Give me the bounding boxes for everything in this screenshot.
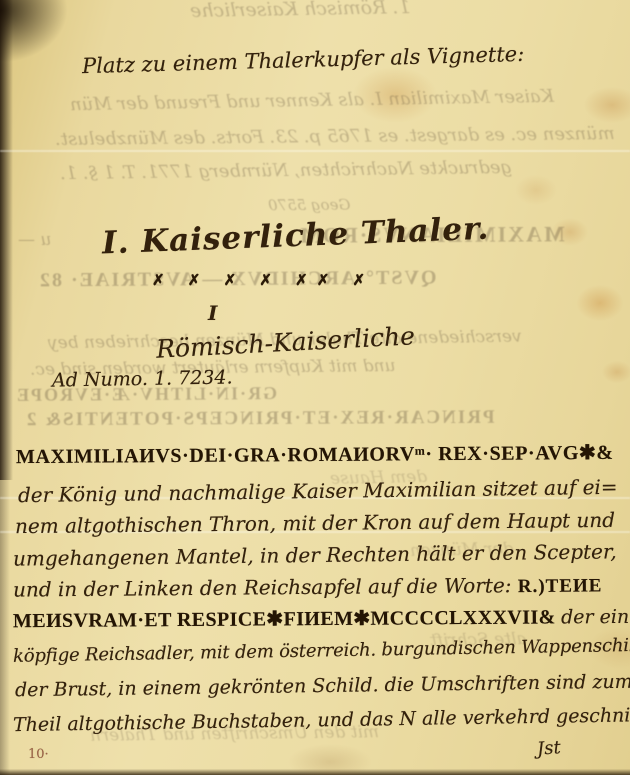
vignette-annotation: Platz zu einem Thalerkupfer als Vignette… (82, 42, 525, 78)
entry-numeral: I (208, 301, 217, 325)
description-line: der Brust, in einem gekrönten Schild. di… (15, 671, 630, 702)
catchword: Jst (536, 737, 561, 760)
bleedthrough-text: münzen ec. es dargest. es 1765 p. 23. Fo… (55, 123, 615, 150)
bleedthrough-text: Kaiser Maximilian I. als Kenner und Freu… (70, 86, 554, 115)
reverse-legend-suffix: der ein= (561, 606, 630, 629)
page-gutter-shadow (0, 0, 13, 480)
bleedthrough-legend: PRINCAR·REX·ET·PRINCEPS·POTENTIS& 2 (25, 407, 495, 431)
manuscript-page: 1. Römisch Kaiserliche Kaiser Maximilian… (0, 0, 630, 775)
margin-note: 10· (28, 747, 49, 762)
reverse-marker: R.)TEИE (518, 575, 603, 597)
description-line: nem altgothischen Thron, mit der Kron au… (15, 508, 615, 538)
bleedthrough-text: gedruckte Nachrichten, Nürnberg 1771. T.… (60, 157, 512, 184)
reverse-coin-legend: MEИSVRAM·ET RESPICE✱FIИEM✱MCCCCLXXXVII& … (13, 604, 630, 633)
obverse-coin-legend: MAXIMILIAИVS·DEI·GRA·ROMAИORVᵐ· REX·SEP·… (16, 440, 614, 469)
section-heading: I. Kaiserliche Thaler. (101, 211, 489, 262)
bleedthrough-text: u — (18, 230, 51, 250)
catalog-reference: Ad Numo. 1. 7234. (52, 366, 233, 391)
cross-marks-row: ✗ ✗ ✗ ✗ ✗✗ ✗ (152, 271, 374, 289)
description-line: köpfige Reichsadler, mit dem österreich.… (13, 634, 630, 667)
reverse-legend-text: MEИSVRAM·ET RESPICE✱FIИEM✱MCCCCLXXXVII& (13, 606, 556, 632)
page-gutter-shadow-lower (0, 480, 10, 775)
description-line: umgehangenen Mantel, in der Rechten hält… (13, 539, 617, 570)
bleedthrough-text: Geog 5570 (268, 196, 351, 215)
paper-crease (0, 150, 630, 152)
description-line-text: und in der Linken den Reichsapfel auf di… (13, 573, 512, 601)
description-line: Theil altgothische Buchstaben, und das N… (13, 704, 630, 736)
bleedthrough-text: 1. Römisch Kaiserliche (190, 0, 411, 22)
description-line: der König und nachmalige Kaiser Maximili… (18, 475, 618, 507)
description-line: und in der Linken den Reichsapfel auf di… (13, 572, 603, 602)
